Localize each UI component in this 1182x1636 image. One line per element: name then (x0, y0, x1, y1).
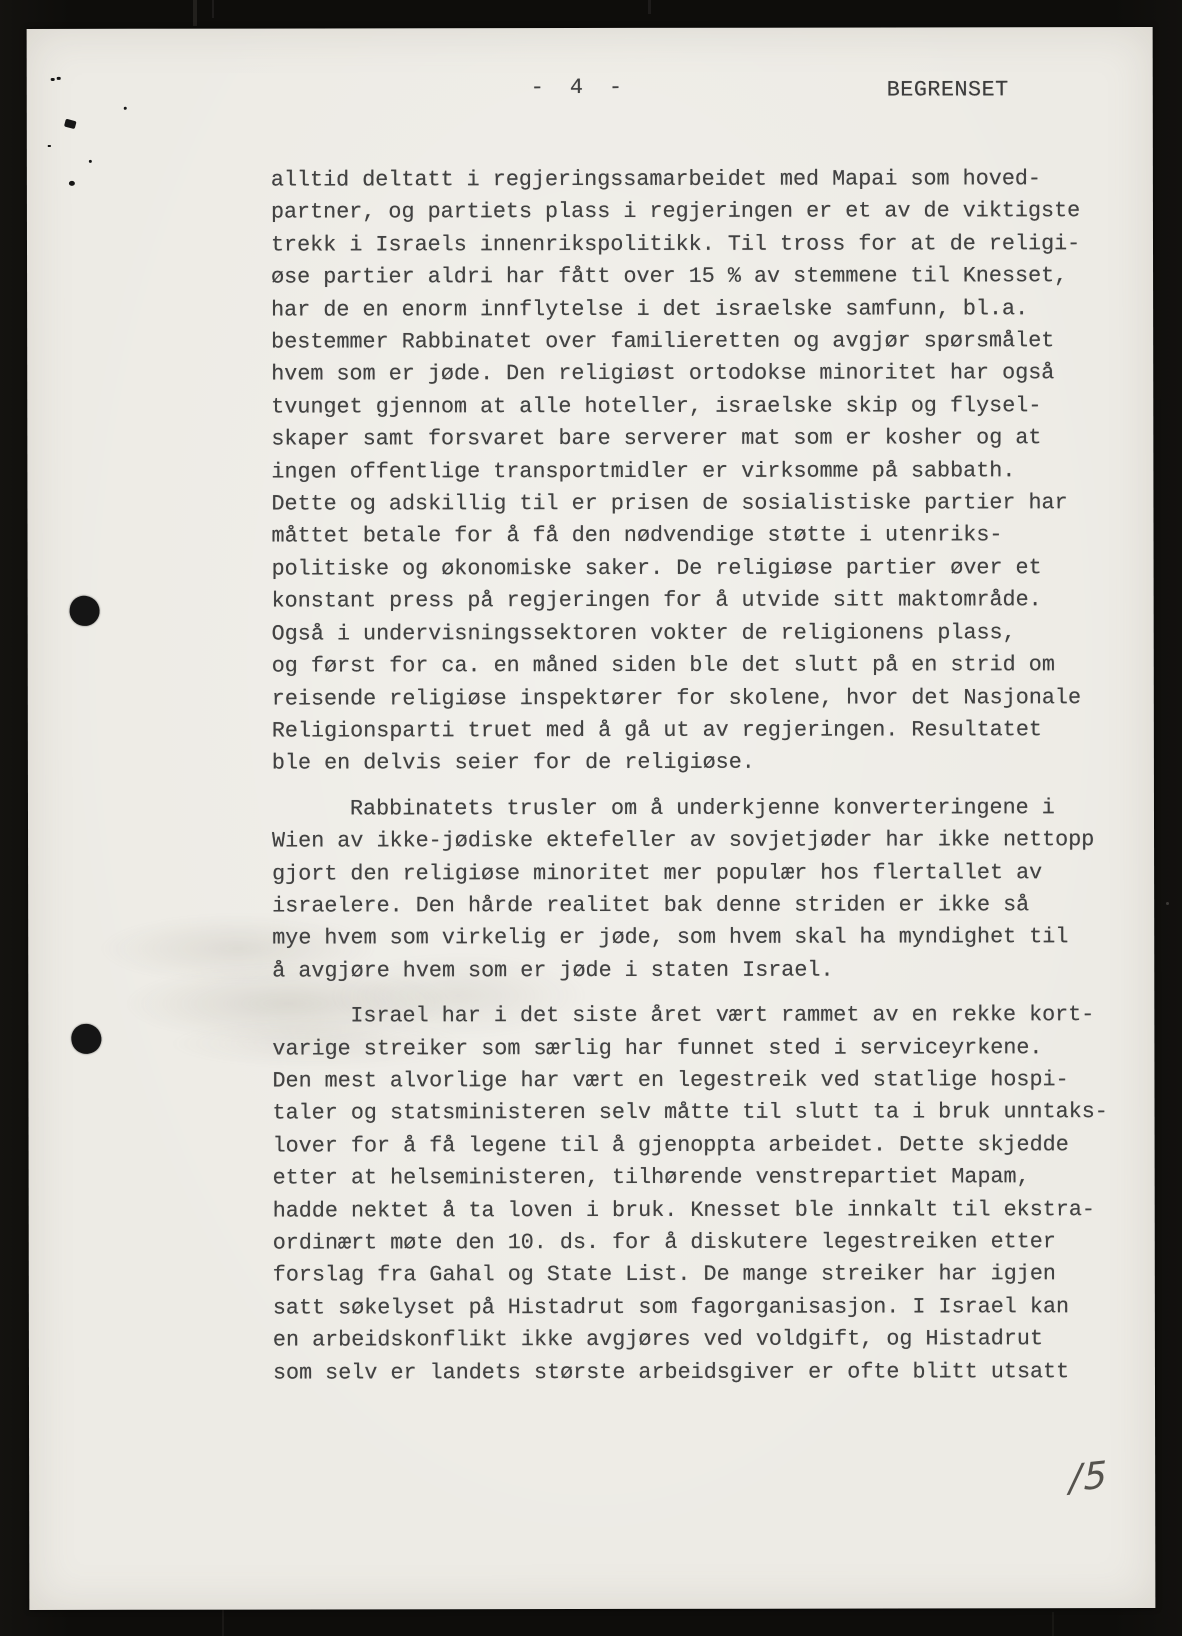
text-line: trekk i Israels innenrikspolitikk. Til t… (271, 228, 1121, 262)
text-line: taler og statsministeren selv måtte til … (272, 1096, 1122, 1130)
text-line: mye hvem som virkelig er jøde, som hvem … (272, 921, 1122, 955)
text-line: tvunget gjennom at alle hoteller, israel… (271, 390, 1121, 424)
text-line: satt søkelyset på Histadrut som fagorgan… (273, 1291, 1123, 1325)
text-line: å avgjøre hvem som er jøde i staten Isra… (272, 954, 1122, 988)
hole-punch-mark (70, 1022, 103, 1055)
hole-punch-mark (68, 594, 102, 628)
text-line: Wien av ikke-jødiske ektefeller av sovje… (272, 824, 1122, 858)
text-line: ordinært møte den 10. ds. for å diskuter… (273, 1226, 1123, 1260)
handwritten-page-ref: /5 (1069, 1453, 1109, 1500)
ink-speck (48, 145, 51, 147)
text-line: politiske og økonomiske saker. De religi… (272, 552, 1122, 586)
paragraph: Rabbinatets trusler om å underkjenne kon… (272, 792, 1122, 988)
ink-speck (64, 119, 77, 130)
text-line: reisende religiøse inspektører for skole… (272, 682, 1122, 716)
scan-background: - 4 - BEGRENSET alltid deltatt i regjeri… (0, 0, 1182, 1636)
scan-dust-speck (1166, 902, 1169, 905)
text-line: Dette og adskillig til er prisen de sosi… (271, 487, 1121, 521)
document-page: - 4 - BEGRENSET alltid deltatt i regjeri… (27, 27, 1156, 1610)
ink-speck (51, 78, 55, 81)
text-line: har de en enorm innflytelse i det israel… (271, 293, 1121, 327)
scan-scratch (1052, 1612, 1054, 1636)
page-number: - 4 - (531, 72, 622, 104)
text-line: Den mest alvorlige har vært en legestrei… (272, 1064, 1122, 1098)
ink-speck (124, 107, 127, 110)
text-line: hvem som er jøde. Den religiøst ortodoks… (271, 358, 1121, 392)
scan-scratch (212, 0, 214, 18)
text-line: konstant press på regjeringen for å utvi… (272, 584, 1122, 618)
text-line: bestemmer Rabbinatet over familieretten … (271, 325, 1121, 359)
ink-speck (69, 181, 75, 186)
text-line: ble en delvis seier for de religiøse. (272, 746, 1122, 780)
scan-scratch (648, 0, 651, 14)
text-line: Også i undervisningssektoren vokter de r… (272, 617, 1122, 651)
text-line: etter at helseministeren, tilhørende ven… (273, 1161, 1123, 1195)
text-line: gjort den religiøse minoritet mer populæ… (272, 857, 1122, 891)
document-body: alltid deltatt i regjeringssamarbeidet m… (271, 163, 1123, 1390)
text-line: hadde nektet å ta loven i bruk. Knesset … (273, 1194, 1123, 1228)
scan-scratch (222, 1610, 224, 1636)
text-line: og først for ca. en måned siden ble det … (272, 649, 1122, 683)
text-line: forslag fra Gahal og State List. De mang… (273, 1258, 1123, 1292)
scan-scratch (193, 0, 197, 26)
text-line: Religionsparti truet med å gå ut av regj… (272, 714, 1122, 748)
paragraph: alltid deltatt i regjeringssamarbeidet m… (271, 163, 1122, 780)
text-line: måttet betale for å få den nødvendige st… (271, 520, 1121, 554)
classification-marking: BEGRENSET (887, 74, 1009, 106)
text-line: øse partier aldri har fått over 15 % av … (271, 260, 1121, 294)
text-line: partner, og partiets plass i regjeringen… (271, 195, 1121, 229)
text-line: som selv er landets største arbeidsgiver… (273, 1356, 1123, 1390)
text-line: Rabbinatets trusler om å underkjenne kon… (272, 792, 1122, 826)
text-line: Israel har i det siste året vært rammet … (272, 999, 1122, 1033)
ink-speck (57, 77, 61, 80)
text-line: en arbeidskonflikt ikke avgjøres ved vol… (273, 1323, 1123, 1357)
ink-speck (89, 160, 92, 163)
text-line: alltid deltatt i regjeringssamarbeidet m… (271, 163, 1121, 197)
text-line: lover for å få legene til å gjenoppta ar… (273, 1129, 1123, 1163)
paragraph: Israel har i det siste året vært rammet … (272, 999, 1123, 1389)
text-line: varige streiker som særlig har funnet st… (272, 1032, 1122, 1066)
text-line: ingen offentlige transportmidler er virk… (271, 455, 1121, 489)
text-line: skaper samt forsvaret bare serverer mat … (271, 422, 1121, 456)
text-line: israelere. Den hårde realitet bak denne … (272, 889, 1122, 923)
